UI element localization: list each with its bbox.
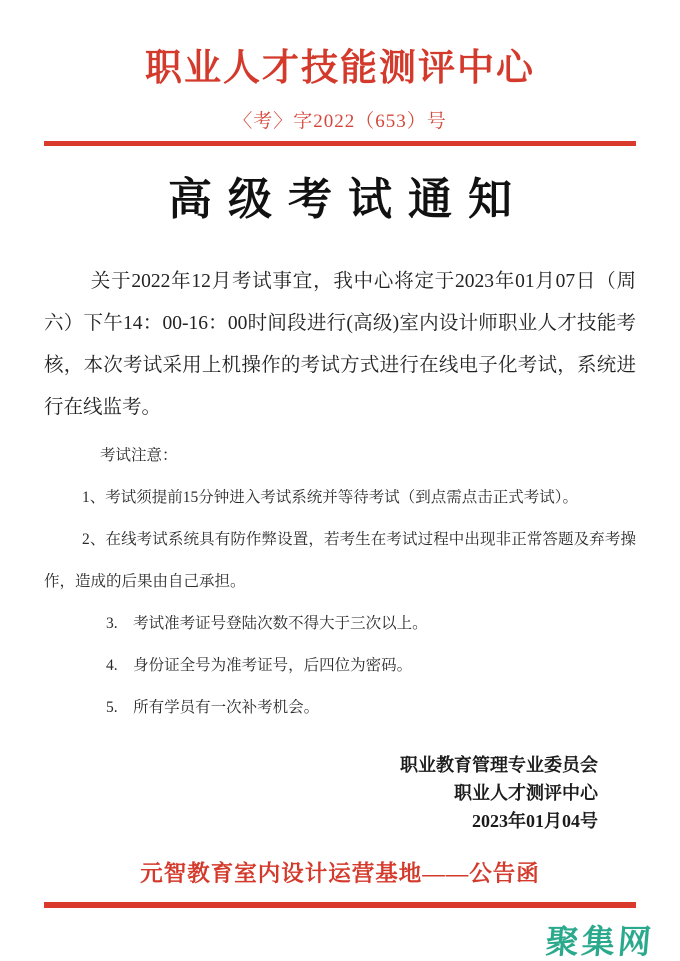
footer-banner: 元智教育室内设计运营基地——公告函 (44, 859, 636, 889)
signature-committee: 职业教育管理专业委员会 (44, 751, 598, 779)
note-item-4: 4. 身份证全号为准考证号，后四位为密码。 (44, 645, 636, 687)
watermark-logo: 聚集网 (544, 916, 656, 961)
footer-divider (44, 902, 636, 908)
signature-center: 职业人才测评中心 (44, 779, 598, 807)
note-item-1: 1、考试须提前15分钟进入考试系统并等待考试（到点需点击正式考试）。 (44, 477, 636, 519)
signature-block: 职业教育管理专业委员会 职业人才测评中心 2023年01月04号 (44, 751, 636, 835)
document-page: 职业人才技能测评中心 〈考〉字2022（653）号 高级考试通知 关于2022年… (0, 0, 680, 961)
header-divider (44, 141, 636, 146)
org-title: 职业人才技能测评中心 (44, 0, 636, 92)
note-item-2: 2、在线考试系统具有防作弊设置，若考生在考试过程中出现非正常答题及弃考操作，造成… (44, 519, 636, 603)
note-item-3: 3. 考试准考证号登陆次数不得大于三次以上。 (44, 603, 636, 645)
signature-date: 2023年01月04号 (44, 807, 598, 835)
notice-title: 高级考试通知 (44, 172, 636, 227)
doc-number: 〈考〉字2022（653）号 (44, 106, 636, 133)
note-item-5: 5. 所有学员有一次补考机会。 (44, 687, 636, 729)
notice-body-paragraph: 关于2022年12月考试事宜，我中心将定于2023年01月07日（周六）下午14… (44, 261, 636, 429)
notes-heading: 考试注意： (44, 435, 636, 477)
